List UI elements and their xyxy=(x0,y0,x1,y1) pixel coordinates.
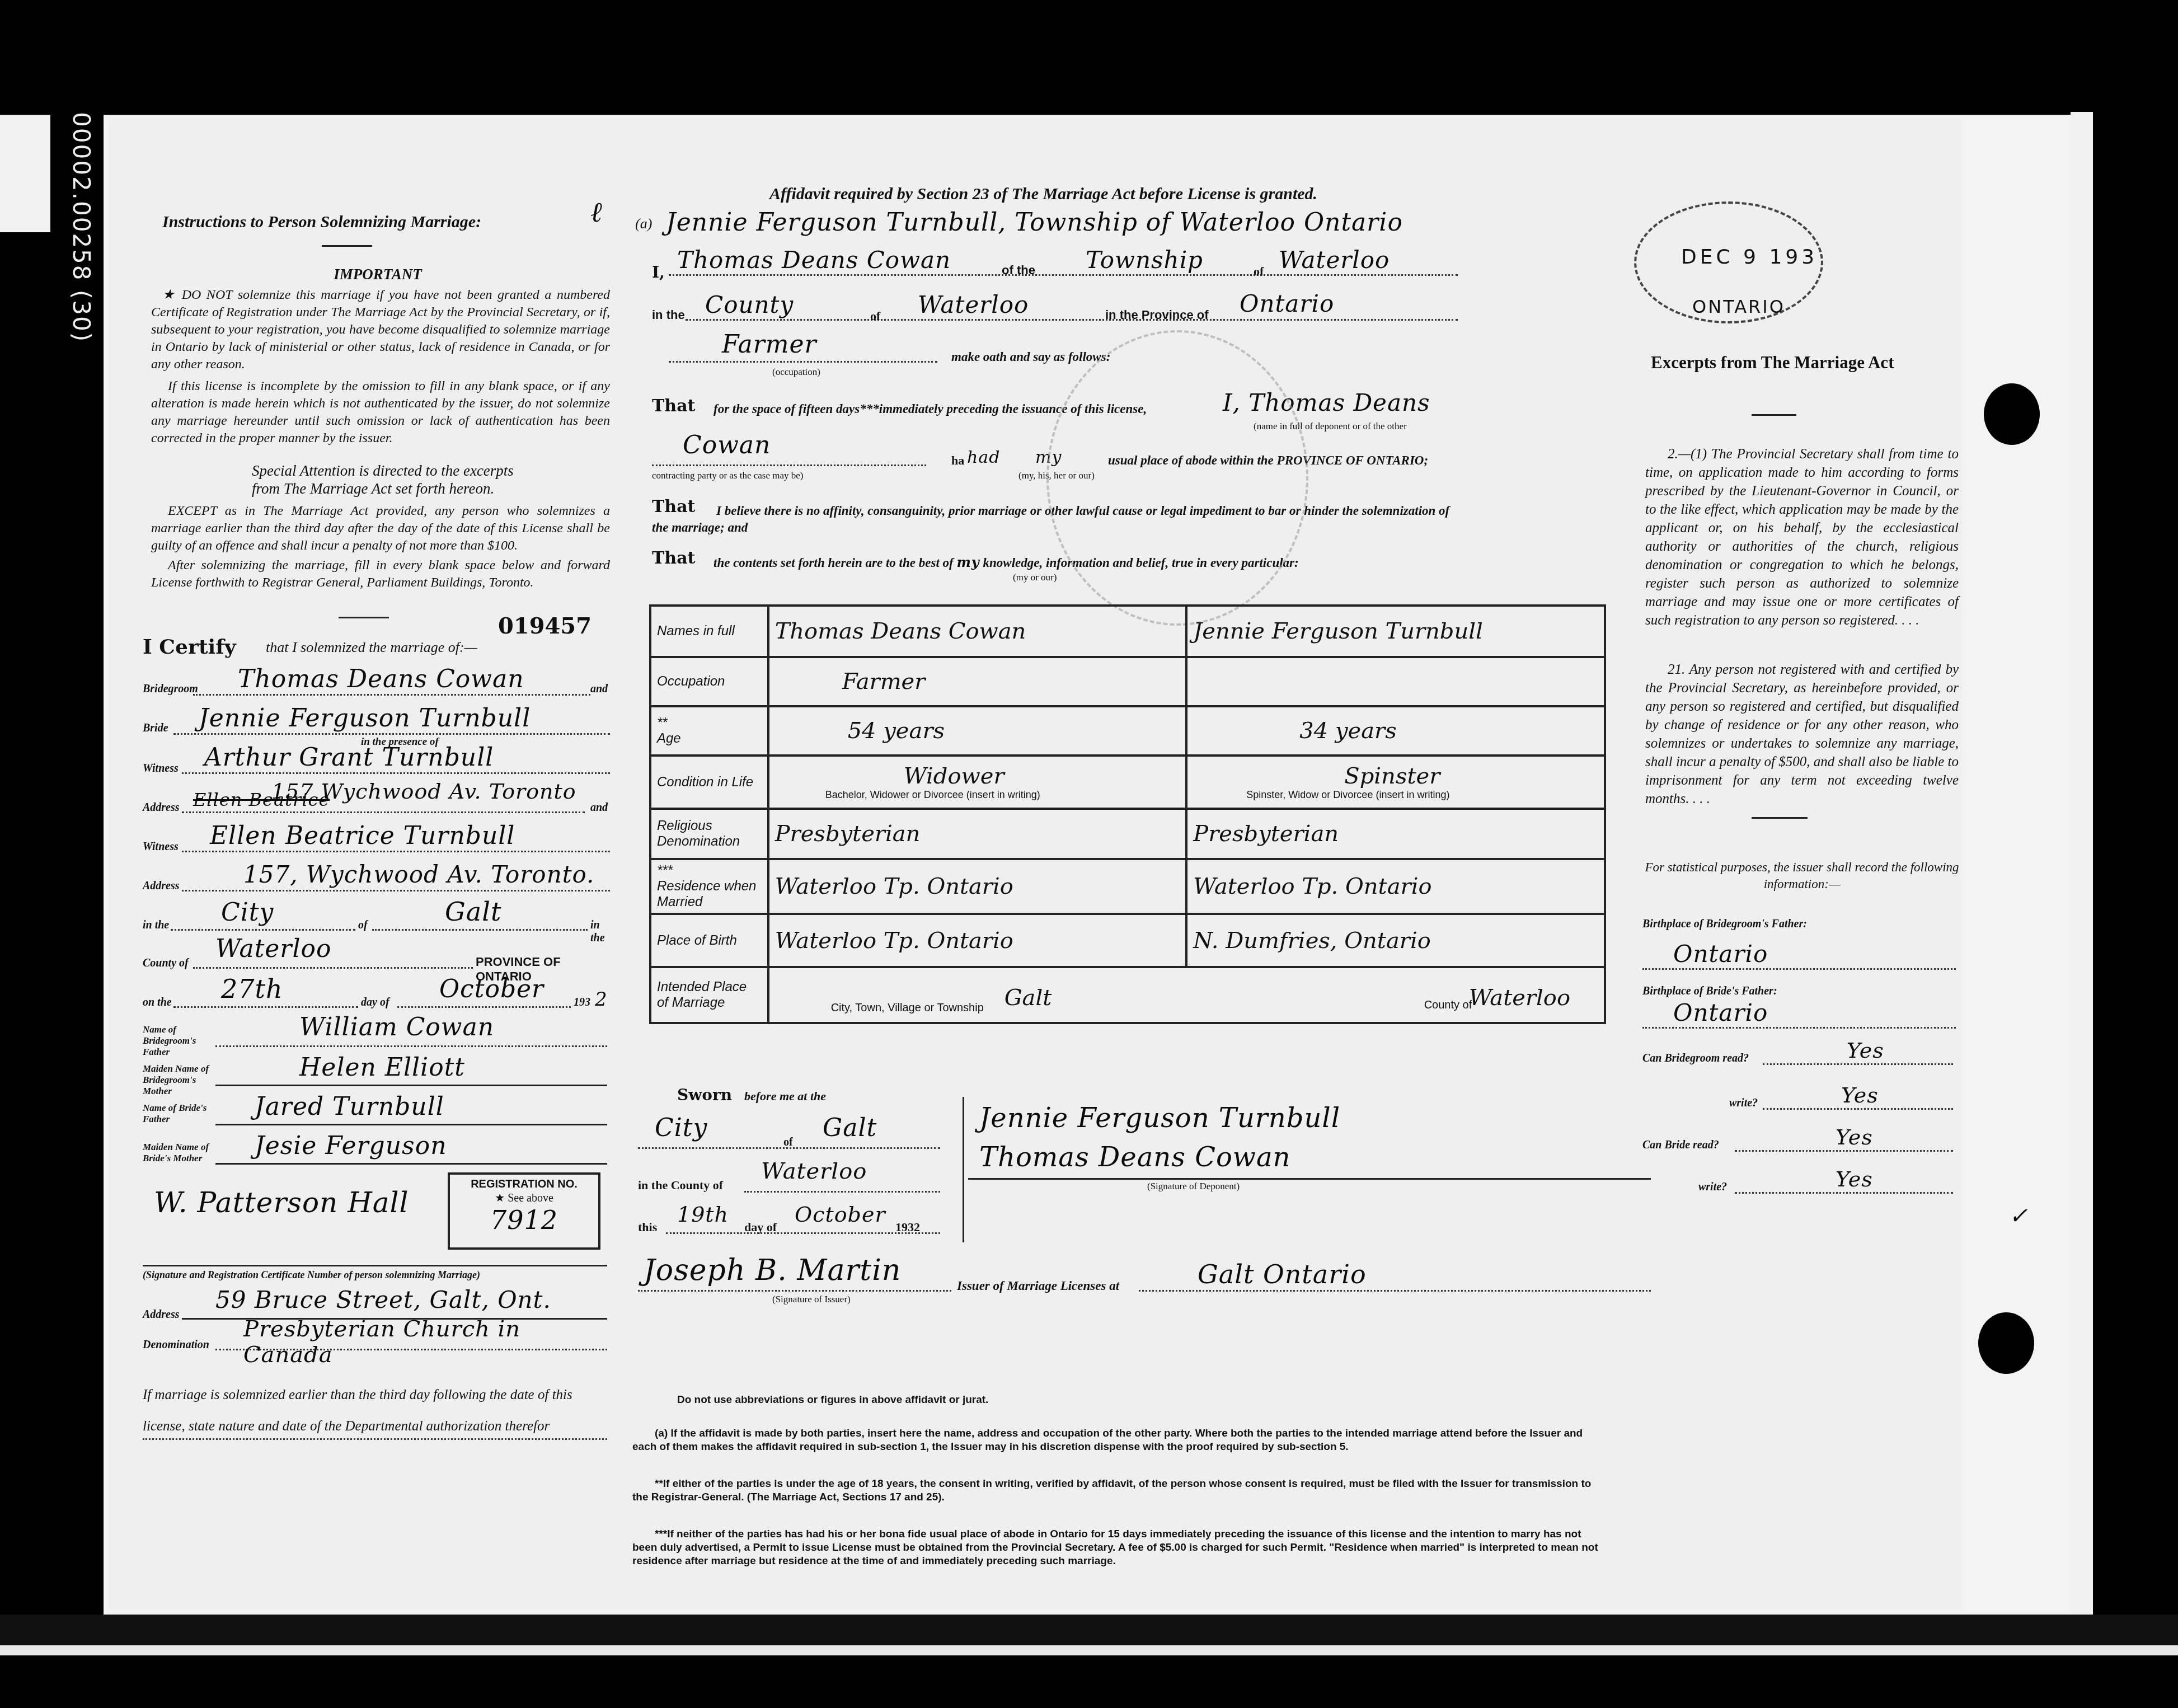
officiant-address: 59 Bruce Street, Galt, Ont. xyxy=(215,1286,551,1313)
row-label: Condition in Life xyxy=(650,756,768,809)
in-the-label: in the xyxy=(652,308,685,322)
table-row: Occupation Farmer xyxy=(650,657,1605,706)
witness1-name: Arthur Grant Turnbull xyxy=(204,743,494,772)
bride-label: Bride xyxy=(143,722,168,735)
no-abbreviations-note: Do not use abbreviations or figures in a… xyxy=(677,1393,988,1407)
bride-cell: Presbyterian xyxy=(1186,809,1605,859)
deponent-name: Thomas Deans Cowan xyxy=(677,246,951,274)
in-the-label: in the xyxy=(590,919,613,945)
row-label: Intended Place of Marriage xyxy=(650,967,768,1023)
groom-write-label: write? xyxy=(1729,1097,1758,1110)
groom-cell: Farmer xyxy=(768,657,1187,706)
particulars-grid: Names in full Thomas Deans Cowan Jennie … xyxy=(649,604,1606,1024)
deponent-signature-line xyxy=(968,1178,1651,1180)
bride-read: Yes xyxy=(1836,1125,1873,1149)
and-label: and xyxy=(590,801,608,814)
in-the-label: in the xyxy=(143,919,169,932)
issuer-label: Issuer of Marriage Licenses at xyxy=(957,1279,1119,1293)
special-attention-note: Special Attention is directed to the exc… xyxy=(252,462,520,498)
footnote-marker: ** xyxy=(657,715,762,731)
county-type: County xyxy=(705,291,794,318)
jurat-place-type: City xyxy=(655,1114,707,1142)
bride-cell xyxy=(1186,657,1605,706)
divider xyxy=(1752,414,1796,416)
contracting-caption: contracting party or as the case may be) xyxy=(652,470,803,481)
bridegroom-label: Bridegroom xyxy=(143,683,198,696)
bottom-film-line xyxy=(0,1645,2178,1655)
instruction-paragraph-2: If this license is incomplete by the omi… xyxy=(151,378,610,447)
of-label: of xyxy=(1254,264,1264,279)
received-date-stamp: DEC 9 193 ONTARIO xyxy=(1634,201,1823,323)
row-label: Religious Denomination xyxy=(650,809,768,859)
address1: 157 Wychwood Av. Toronto xyxy=(271,779,576,804)
divider xyxy=(1752,817,1808,819)
that-lead: That xyxy=(652,548,695,568)
that3-text-a: the contents set forth herein are to the… xyxy=(714,556,954,570)
certify-heading: I Certify xyxy=(143,635,236,659)
footnote-a: (a) If the affidavit is made by both par… xyxy=(632,1427,1606,1454)
affidavit-province: Ontario xyxy=(1240,290,1334,317)
divider xyxy=(322,245,372,247)
footnote-2star: **If either of the parties is under the … xyxy=(632,1477,1606,1504)
bridegroom-name: Thomas Deans Cowan xyxy=(238,665,524,693)
check-mark-icon: ✓ xyxy=(2009,1203,2029,1229)
affidavit-title: Affidavit required by Section 23 of The … xyxy=(769,185,1317,204)
row-label-text: Age xyxy=(657,731,762,747)
bride-write-label: write? xyxy=(1698,1181,1727,1194)
issuer-caption: (Signature of Issuer) xyxy=(772,1294,851,1305)
officiant-signature: W. Patterson Hall xyxy=(154,1186,409,1219)
jurat-place: Galt xyxy=(823,1114,877,1142)
jurat-divider xyxy=(963,1097,964,1242)
jurat-section: Sworn before me at the City of Galt in t… xyxy=(632,1080,1640,1332)
excerpts-panel: DEC 9 193 ONTARIO Excerpts from The Marr… xyxy=(1623,168,2003,1287)
instructions-panel: Instructions to Person Solemnizing Marri… xyxy=(137,140,618,1595)
jurat-month: October xyxy=(795,1202,886,1227)
county-line xyxy=(686,302,1458,321)
stamp-province: ONTARIO xyxy=(1692,296,1785,317)
important-heading: IMPORTANT xyxy=(137,266,618,283)
groom-mother: Helen Elliott xyxy=(299,1053,465,1082)
that3-pronoun: my xyxy=(956,554,979,570)
bride-cell: SpinsterSpinster, Widow or Divorcee (ins… xyxy=(1186,756,1605,809)
groom-cell: Presbyterian xyxy=(768,809,1187,859)
officiant-address-label: Address xyxy=(143,1308,180,1321)
table-row: Religious Denomination Presbyterian Pres… xyxy=(650,809,1605,859)
bride-cell: Waterloo Tp. Ontario xyxy=(1186,859,1605,914)
denomination-label: Denomination xyxy=(143,1339,209,1352)
of-label: of xyxy=(783,1136,793,1149)
row-label: Occupation xyxy=(650,657,768,706)
certify-text: that I solemnized the marriage of:— xyxy=(266,639,477,656)
place-type: City xyxy=(221,898,274,927)
address1-label: Address xyxy=(143,801,180,814)
of-the-label: of the xyxy=(1002,263,1035,278)
witness2-name: Ellen Beatrice Turnbull xyxy=(210,822,515,850)
that-lead: That xyxy=(652,396,695,416)
jurat-day: 19th xyxy=(677,1202,729,1227)
groom-condition: Widower xyxy=(775,763,1180,789)
excerpts-title: Excerpts from The Marriage Act xyxy=(1651,353,1894,373)
sworn-heading: Sworn xyxy=(677,1086,732,1104)
denomination: Presbyterian Church in Canada xyxy=(243,1316,613,1368)
row-label: ***Residence when Married xyxy=(650,859,768,914)
right-film-edge xyxy=(2071,112,2093,1645)
occupation-caption: (occupation) xyxy=(772,367,820,378)
license-number: 019457 xyxy=(498,613,592,639)
address2-label: Address xyxy=(143,880,180,893)
registration-box-title: REGISTRATION NO. xyxy=(450,1178,598,1191)
bride-mother-label: Maiden Name of Bride's Mother xyxy=(143,1142,210,1164)
other-party-marker: (a) xyxy=(635,215,652,232)
groom-cell: 54 years xyxy=(768,706,1187,756)
county-caption: County of xyxy=(1424,999,1472,1012)
particulars-table: Names in full Thomas Deans Cowan Jennie … xyxy=(649,604,1606,1024)
bride-father-label: Name of Bride's Father xyxy=(143,1102,210,1125)
marriage-day: 27th xyxy=(221,974,283,1004)
punch-hole-bottom xyxy=(1978,1312,2034,1374)
groom-cell: Waterloo Tp. Ontario xyxy=(768,914,1187,967)
other-party: Jennie Ferguson Turnbull, Township of Wa… xyxy=(666,208,1403,237)
except-paragraph: EXCEPT as in The Marriage Act provided, … xyxy=(151,503,610,555)
place-name: Galt xyxy=(445,897,501,927)
row-label: **Age xyxy=(650,706,768,756)
that1-name-2: Cowan xyxy=(683,431,771,459)
jurat-county: Waterloo xyxy=(761,1158,867,1184)
bride-father: Jared Turnbull xyxy=(255,1092,444,1121)
city-caption: City, Town, Village or Township xyxy=(831,1002,984,1015)
bride-father-birthplace-label: Birthplace of Bride's Father: xyxy=(1642,985,1777,998)
bride-condition: Spinster xyxy=(1193,763,1598,789)
signature-caption: (Signature and Registration Certificate … xyxy=(143,1269,480,1281)
bride-write: Yes xyxy=(1836,1167,1873,1191)
this-label: this xyxy=(638,1220,657,1235)
i-label: I, xyxy=(652,263,665,281)
province-label: in the Province of xyxy=(1105,308,1209,322)
bottom-film-band xyxy=(0,1615,2178,1648)
deponent-signature-2: Thomas Deans Cowan xyxy=(979,1142,1290,1173)
deponent-signature-1: Jennie Ferguson Turnbull xyxy=(979,1102,1340,1134)
footnote-marker: *** xyxy=(657,863,762,879)
groom-read-label: Can Bridegroom read? xyxy=(1642,1052,1749,1065)
film-edge-strip xyxy=(0,115,50,232)
table-row: **Age 54 years 34 years xyxy=(650,706,1605,756)
instructions-title: Instructions to Person Solemnizing Marri… xyxy=(162,213,481,232)
marriage-month: October xyxy=(439,975,544,1003)
witness1-label: Witness xyxy=(143,762,179,775)
deponent-caption: (Signature of Deponent) xyxy=(1147,1181,1240,1192)
jurat-year: 1932 xyxy=(895,1220,920,1235)
county: Waterloo xyxy=(215,935,331,963)
that3-caption: (my or our) xyxy=(1013,572,1057,583)
bride-read-label: Can Bride read? xyxy=(1642,1139,1719,1152)
groom-father: William Cowan xyxy=(299,1013,494,1041)
affidavit-county: Waterloo xyxy=(918,291,1029,318)
intended-place-cell: City, Town, Village or Township Galt Cou… xyxy=(768,967,1605,1023)
and-label: and xyxy=(590,683,608,696)
film-frame-id: 00002.00258 (30) xyxy=(56,112,95,414)
had-prefix: ha xyxy=(951,453,964,468)
bride-mother: Jesie Ferguson xyxy=(255,1132,447,1160)
groom-cell: WidowerBachelor, Widower or Divorcee (in… xyxy=(768,756,1187,809)
issuer-signature-line xyxy=(638,1273,951,1292)
registration-number: 7912 xyxy=(450,1205,598,1235)
had-value: had xyxy=(967,448,1000,467)
county-label: in the County of xyxy=(638,1178,723,1193)
of-label: of xyxy=(870,309,880,323)
registration-box-subtitle: ★ See above xyxy=(450,1191,598,1205)
county-label: County of xyxy=(143,957,189,970)
bride-cell: 34 years xyxy=(1186,706,1605,756)
table-row: Place of Birth Waterloo Tp. Ontario N. D… xyxy=(650,914,1605,967)
year-prefix: 193 xyxy=(574,996,590,1009)
groom-father-birthplace-label: Birthplace of Bridegroom's Father: xyxy=(1642,918,1807,931)
excerpt-section-21: 21. Any person not registered with and c… xyxy=(1645,660,1959,808)
on-the-label: on the xyxy=(143,996,172,1009)
of-label: of xyxy=(358,919,368,932)
embossed-seal xyxy=(1046,330,1308,626)
instruction-paragraph-1: ★ DO NOT solemnize this marriage if you … xyxy=(151,287,610,373)
year-suffix: 2 xyxy=(595,988,608,1011)
bride-name: Jennie Ferguson Turnbull xyxy=(199,704,531,733)
bride-condition-caption: Spinster, Widow or Divorcee (insert in w… xyxy=(1193,789,1598,801)
row-label: Place of Birth xyxy=(650,914,768,967)
margin-scribble: ℓ xyxy=(590,196,603,228)
table-row-intended-place: Intended Place of Marriage City, Town, V… xyxy=(650,967,1605,1023)
groom-father-birthplace: Ontario xyxy=(1673,940,1768,968)
registration-number-box: REGISTRATION NO. ★ See above 7912 xyxy=(448,1172,600,1250)
early-solemnization-note: If marriage is solemnized earlier than t… xyxy=(143,1379,607,1442)
issuer-place: Galt Ontario xyxy=(1198,1259,1367,1289)
bride-cell: Jennie Ferguson Turnbull xyxy=(1186,606,1605,657)
intended-city: Galt xyxy=(1004,985,1052,1011)
row-label-text: Residence when Married xyxy=(657,879,762,910)
occupation: Farmer xyxy=(722,330,817,359)
table-row: Names in full Thomas Deans Cowan Jennie … xyxy=(650,606,1605,657)
early-note-line xyxy=(143,1438,607,1440)
signature-rule xyxy=(143,1265,607,1266)
bride-cell: N. Dumfries, Ontario xyxy=(1186,914,1605,967)
excerpt-section-2: 2.—(1) The Provincial Secretary shall fr… xyxy=(1645,445,1959,630)
municipality: Waterloo xyxy=(1279,246,1390,274)
groom-read: Yes xyxy=(1847,1038,1884,1063)
intended-county: Waterloo xyxy=(1469,985,1570,1011)
municipality-type: Township xyxy=(1086,246,1203,274)
footnote-3star: ***If neither of the parties has had his… xyxy=(632,1528,1606,1568)
groom-father-label: Name of Bridegroom's Father xyxy=(143,1024,210,1058)
oath-text: make oath and say as follows: xyxy=(951,350,1110,364)
table-row: Condition in Life WidowerBachelor, Widow… xyxy=(650,756,1605,809)
bride-father-birthplace: Ontario xyxy=(1673,999,1768,1026)
row-label: Names in full xyxy=(650,606,768,657)
address2: 157, Wychwood Av. Toronto. xyxy=(243,861,594,888)
witness2-label: Witness xyxy=(143,841,179,853)
table-row: ***Residence when Married Waterloo Tp. O… xyxy=(650,859,1605,914)
day-of-label: day of xyxy=(744,1220,777,1235)
stamp-date: DEC 9 193 xyxy=(1681,246,1818,269)
groom-condition-caption: Bachelor, Widower or Divorcee (insert in… xyxy=(775,789,1180,801)
day-of-label: day of xyxy=(361,996,389,1009)
groom-mother-label: Maiden Name of Bridegroom's Mother xyxy=(143,1063,210,1097)
after-paragraph: After solemnizing the marriage, fill in … xyxy=(151,557,610,592)
divider xyxy=(339,617,389,618)
statistical-intro: For statistical purposes, the issuer sha… xyxy=(1642,859,1961,893)
groom-cell: Waterloo Tp. Ontario xyxy=(768,859,1187,914)
groom-write: Yes xyxy=(1841,1083,1879,1108)
sworn-text: before me at the xyxy=(744,1089,826,1104)
groom-cell: Thomas Deans Cowan xyxy=(768,606,1187,657)
